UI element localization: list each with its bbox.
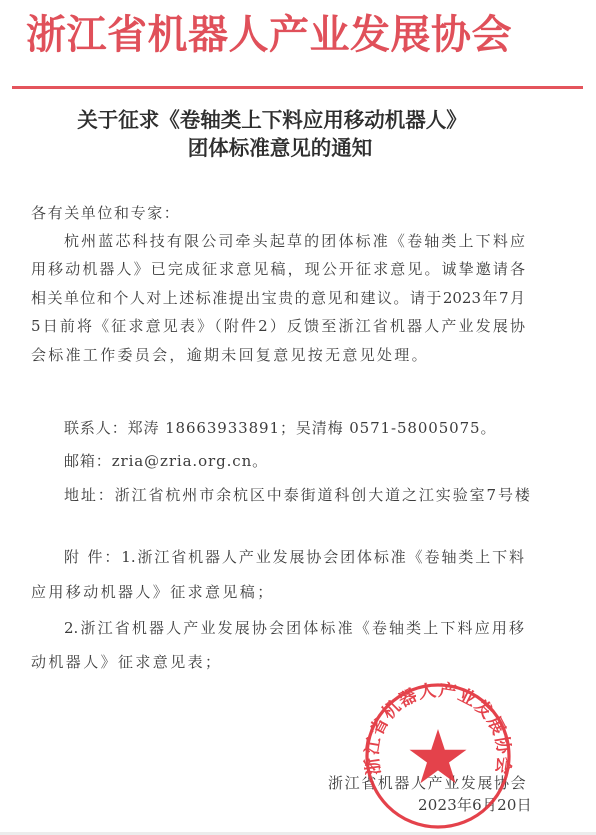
letterhead-divider [12, 86, 583, 89]
attachment-line: 动机器人》征求意见表； [31, 652, 222, 672]
document-page: 浙江省机器人产业发展协会 关于征求《卷轴类上下料应用移动机器人》 团体标准意见的… [0, 0, 596, 835]
notice-title-line-1: 关于征求《卷轴类上下料应用移动机器人》 [0, 106, 552, 134]
notice-title-line-2: 团体标准意见的通知 [0, 134, 560, 162]
paragraph-line: 用移动机器人》已完成征求意见稿，现公开征求意见。诚挚邀请各 [31, 259, 525, 279]
paragraph-line: 5日前将《征求意见表》（附件2）反馈至浙江省机器人产业发展协 [31, 316, 525, 336]
paragraph-line: 杭州蓝芯科技有限公司牵头起草的团体标准《卷轴类上下料应 [64, 231, 525, 251]
attachment-line: 附 件：1.浙江省机器人产业发展协会团体标准《卷轴类上下料 [64, 547, 524, 567]
paragraph-line: 相关单位和个人对上述标准提出宝贵的意见和建议。请于2023年7月 [31, 288, 525, 308]
org-letterhead: 浙江省机器人产业发展协会 [26, 8, 556, 62]
paragraph-line: 会标准工作委员会，逾期未回复意见按无意见处理。 [31, 345, 429, 365]
official-seal: 浙江省机器人产业发展协会 [363, 681, 513, 831]
star-icon [410, 729, 467, 783]
contact-address: 地址：浙江省杭州市余杭区中泰街道科创大道之江实验室7号楼 [64, 485, 532, 505]
contact-persons: 联系人：郑涛 18663933891；吴清梅 0571-58005075。 [64, 418, 496, 438]
salutation: 各有关单位和专家： [31, 203, 180, 223]
contact-email: 邮箱：zria@zria.org.cn。 [64, 451, 268, 471]
attachment-line: 应用移动机器人》征求意见稿； [31, 582, 275, 602]
attachment-line: 2.浙江省机器人产业发展协会团体标准《卷轴类上下料应用移 [64, 618, 524, 638]
